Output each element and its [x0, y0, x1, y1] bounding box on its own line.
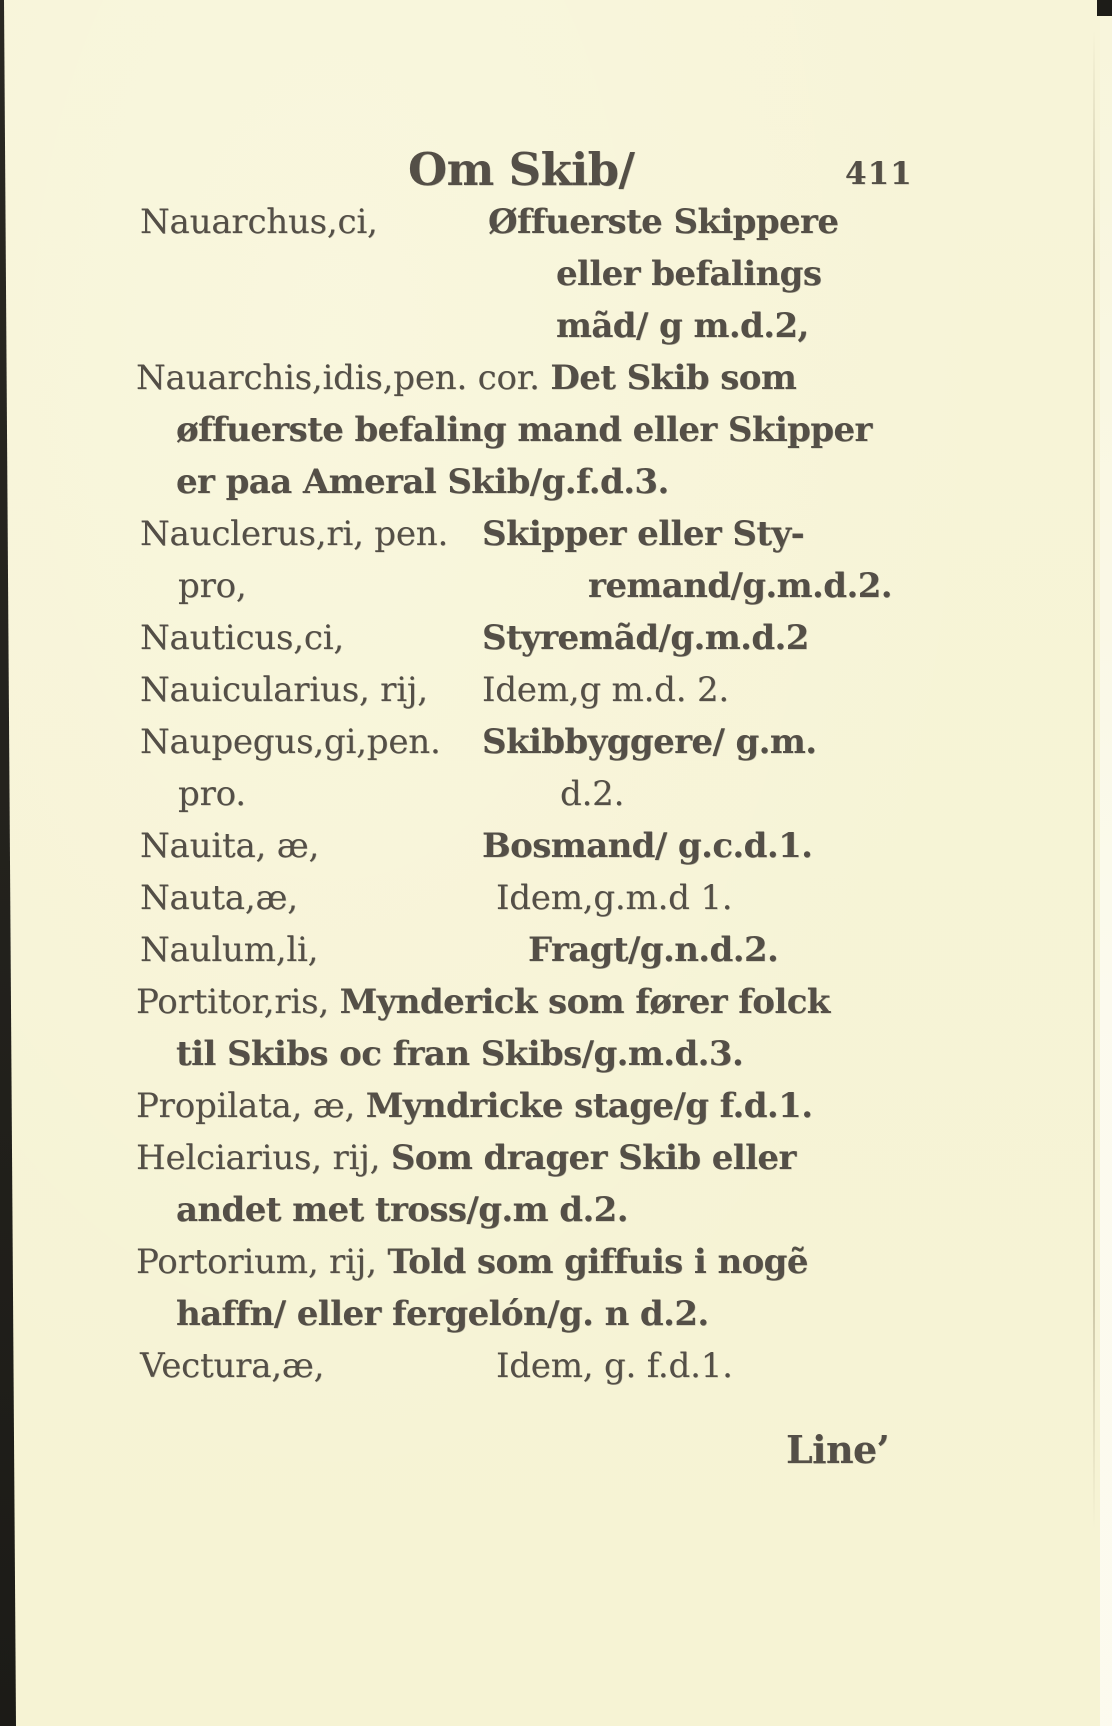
definition-segment: Idem,g m.d. 2.: [482, 670, 729, 710]
definition-segment: Som drager Skib eller: [391, 1138, 796, 1178]
dictionary-line: Nauta,æ,Idem,g.m.d 1.: [0, 872, 1112, 924]
definition-segment: til Skibs oc fran Skibs/g.m.d.3.: [176, 1034, 743, 1074]
definition-segment: Øffuerste Skippere: [488, 202, 838, 242]
definition-text: d.2.: [560, 768, 624, 820]
definition-segment: mãd/ g m.d.2,: [556, 306, 809, 346]
definition-segment: Portitor,ris,: [136, 982, 340, 1022]
scanned-book-page: Om Skib/ 411 Nauarchus,ci,Øffuerste Skip…: [0, 0, 1112, 1726]
definition-segment: d.2.: [560, 774, 624, 814]
dictionary-line: Nauicularius, rij,Idem,g m.d. 2.: [0, 664, 1112, 716]
dictionary-text-block: Nauarchus,ci,Øffuerste Skippereeller bef…: [0, 196, 1112, 1392]
dictionary-line: er paa Ameral Skib/g.f.d.3.: [0, 456, 1112, 508]
dictionary-line: Vectura,æ,Idem, g. f.d.1.: [0, 1340, 1112, 1392]
lemma-text: Naulum,li,: [140, 924, 318, 976]
dictionary-line: Nauarchis,idis,pen. cor. Det Skib som: [0, 352, 1112, 404]
dictionary-line: til Skibs oc fran Skibs/g.m.d.3.: [0, 1028, 1112, 1080]
definition-segment: remand/g.m.d.2.: [588, 566, 892, 606]
definition-text: Bosmand/ g.c.d.1.: [482, 820, 812, 872]
definition-text: er paa Ameral Skib/g.f.d.3.: [176, 456, 669, 508]
definition-text: Idem,g.m.d 1.: [496, 872, 732, 924]
definition-segment: Det Skib som: [550, 358, 796, 398]
page-number: 411: [845, 156, 913, 192]
definition-segment: Mynderick som fører folck: [340, 982, 830, 1022]
definition-segment: Styremãd/g.m.d.2: [482, 618, 809, 658]
lemma-text: pro.: [178, 768, 246, 820]
dictionary-line: Naupegus,gi,pen.Skibbyggere/ g.m.: [0, 716, 1112, 768]
dictionary-line: Portorium, rij, Told som giffuis i nogẽ: [0, 1236, 1112, 1288]
dictionary-line: pro,remand/g.m.d.2.: [0, 560, 1112, 612]
definition-segment: Told som giffuis i nogẽ: [387, 1242, 808, 1282]
dictionary-line: Propilata, æ, Myndricke stage/g f.d.1.: [0, 1080, 1112, 1132]
dictionary-line: Helciarius, rij, Som drager Skib eller: [0, 1132, 1112, 1184]
definition-text: remand/g.m.d.2.: [588, 560, 892, 612]
definition-segment: Idem,g.m.d 1.: [496, 878, 732, 918]
definition-text: Fragt/g.n.d.2.: [528, 924, 778, 976]
definition-segment: Skipper eller Sty-: [482, 514, 804, 554]
dictionary-line: pro.d.2.: [0, 768, 1112, 820]
dictionary-line: haffn/ eller fergelón/g. n d.2.: [0, 1288, 1112, 1340]
definition-segment: Propilata, æ,: [136, 1086, 366, 1126]
definition-text: Propilata, æ, Myndricke stage/g f.d.1.: [136, 1080, 812, 1132]
definition-text: Styremãd/g.m.d.2: [482, 612, 809, 664]
scan-corner-mark: [1097, 0, 1112, 16]
definition-segment: er paa Ameral Skib/g.f.d.3.: [176, 462, 669, 502]
dictionary-line: Portitor,ris, Mynderick som fører folck: [0, 976, 1112, 1028]
lemma-text: Nauarchus,ci,: [140, 196, 378, 248]
definition-segment: Skibbyggere/ g.m.: [482, 722, 817, 762]
dictionary-line: Nauclerus,ri, pen.Skipper eller Sty-: [0, 508, 1112, 560]
definition-text: Øffuerste Skippere: [488, 196, 838, 248]
definition-segment: andet met tross/g.m d.2.: [176, 1190, 628, 1230]
definition-text: Portorium, rij, Told som giffuis i nogẽ: [136, 1236, 808, 1288]
definition-text: Skipper eller Sty-: [482, 508, 804, 560]
definition-text: Nauarchis,idis,pen. cor. Det Skib som: [136, 352, 796, 404]
definition-text: øffuerste befaling mand eller Skipper: [176, 404, 872, 456]
definition-text: Skibbyggere/ g.m.: [482, 716, 817, 768]
definition-segment: Myndricke stage/g f.d.1.: [366, 1086, 813, 1126]
running-title: Om Skib/: [408, 144, 634, 196]
definition-segment: Bosmand/ g.c.d.1.: [482, 826, 812, 866]
definition-text: Portitor,ris, Mynderick som fører folck: [136, 976, 830, 1028]
definition-text: Helciarius, rij, Som drager Skib eller: [136, 1132, 796, 1184]
dictionary-line: Naulum,li,Fragt/g.n.d.2.: [0, 924, 1112, 976]
lemma-text: Naupegus,gi,pen.: [140, 716, 441, 768]
definition-segment: øffuerste befaling mand eller Skipper: [176, 410, 872, 450]
definition-segment: eller befalings: [556, 254, 821, 294]
definition-segment: Nauarchis,idis,pen. cor.: [136, 358, 550, 398]
definition-segment: Helciarius, rij,: [136, 1138, 391, 1178]
dictionary-line: eller befalings: [0, 248, 1112, 300]
definition-segment: haffn/ eller fergelón/g. n d.2.: [176, 1294, 709, 1334]
lemma-text: Nauticus,ci,: [140, 612, 344, 664]
definition-segment: Fragt/g.n.d.2.: [528, 930, 778, 970]
definition-text: andet met tross/g.m d.2.: [176, 1184, 628, 1236]
dictionary-line: Nauita, æ,Bosmand/ g.c.d.1.: [0, 820, 1112, 872]
dictionary-line: Nauarchus,ci,Øffuerste Skippere: [0, 196, 1112, 248]
lemma-text: Nauta,æ,: [140, 872, 298, 924]
definition-text: Idem, g. f.d.1.: [496, 1340, 733, 1392]
definition-text: eller befalings: [556, 248, 821, 300]
lemma-text: Nauicularius, rij,: [140, 664, 428, 716]
lemma-text: Nauclerus,ri, pen.: [140, 508, 448, 560]
lemma-text: Vectura,æ,: [140, 1340, 324, 1392]
dictionary-line: mãd/ g m.d.2,: [0, 300, 1112, 352]
definition-segment: Idem, g. f.d.1.: [496, 1346, 733, 1386]
dictionary-line: Nauticus,ci,Styremãd/g.m.d.2: [0, 612, 1112, 664]
dictionary-line: andet met tross/g.m d.2.: [0, 1184, 1112, 1236]
definition-text: Idem,g m.d. 2.: [482, 664, 729, 716]
catchword: Line’: [786, 1424, 889, 1476]
lemma-text: pro,: [178, 560, 247, 612]
definition-text: til Skibs oc fran Skibs/g.m.d.3.: [176, 1028, 743, 1080]
definition-text: mãd/ g m.d.2,: [556, 300, 809, 352]
definition-text: haffn/ eller fergelón/g. n d.2.: [176, 1288, 709, 1340]
dictionary-line: øffuerste befaling mand eller Skipper: [0, 404, 1112, 456]
lemma-text: Nauita, æ,: [140, 820, 319, 872]
definition-segment: Portorium, rij,: [136, 1242, 387, 1282]
